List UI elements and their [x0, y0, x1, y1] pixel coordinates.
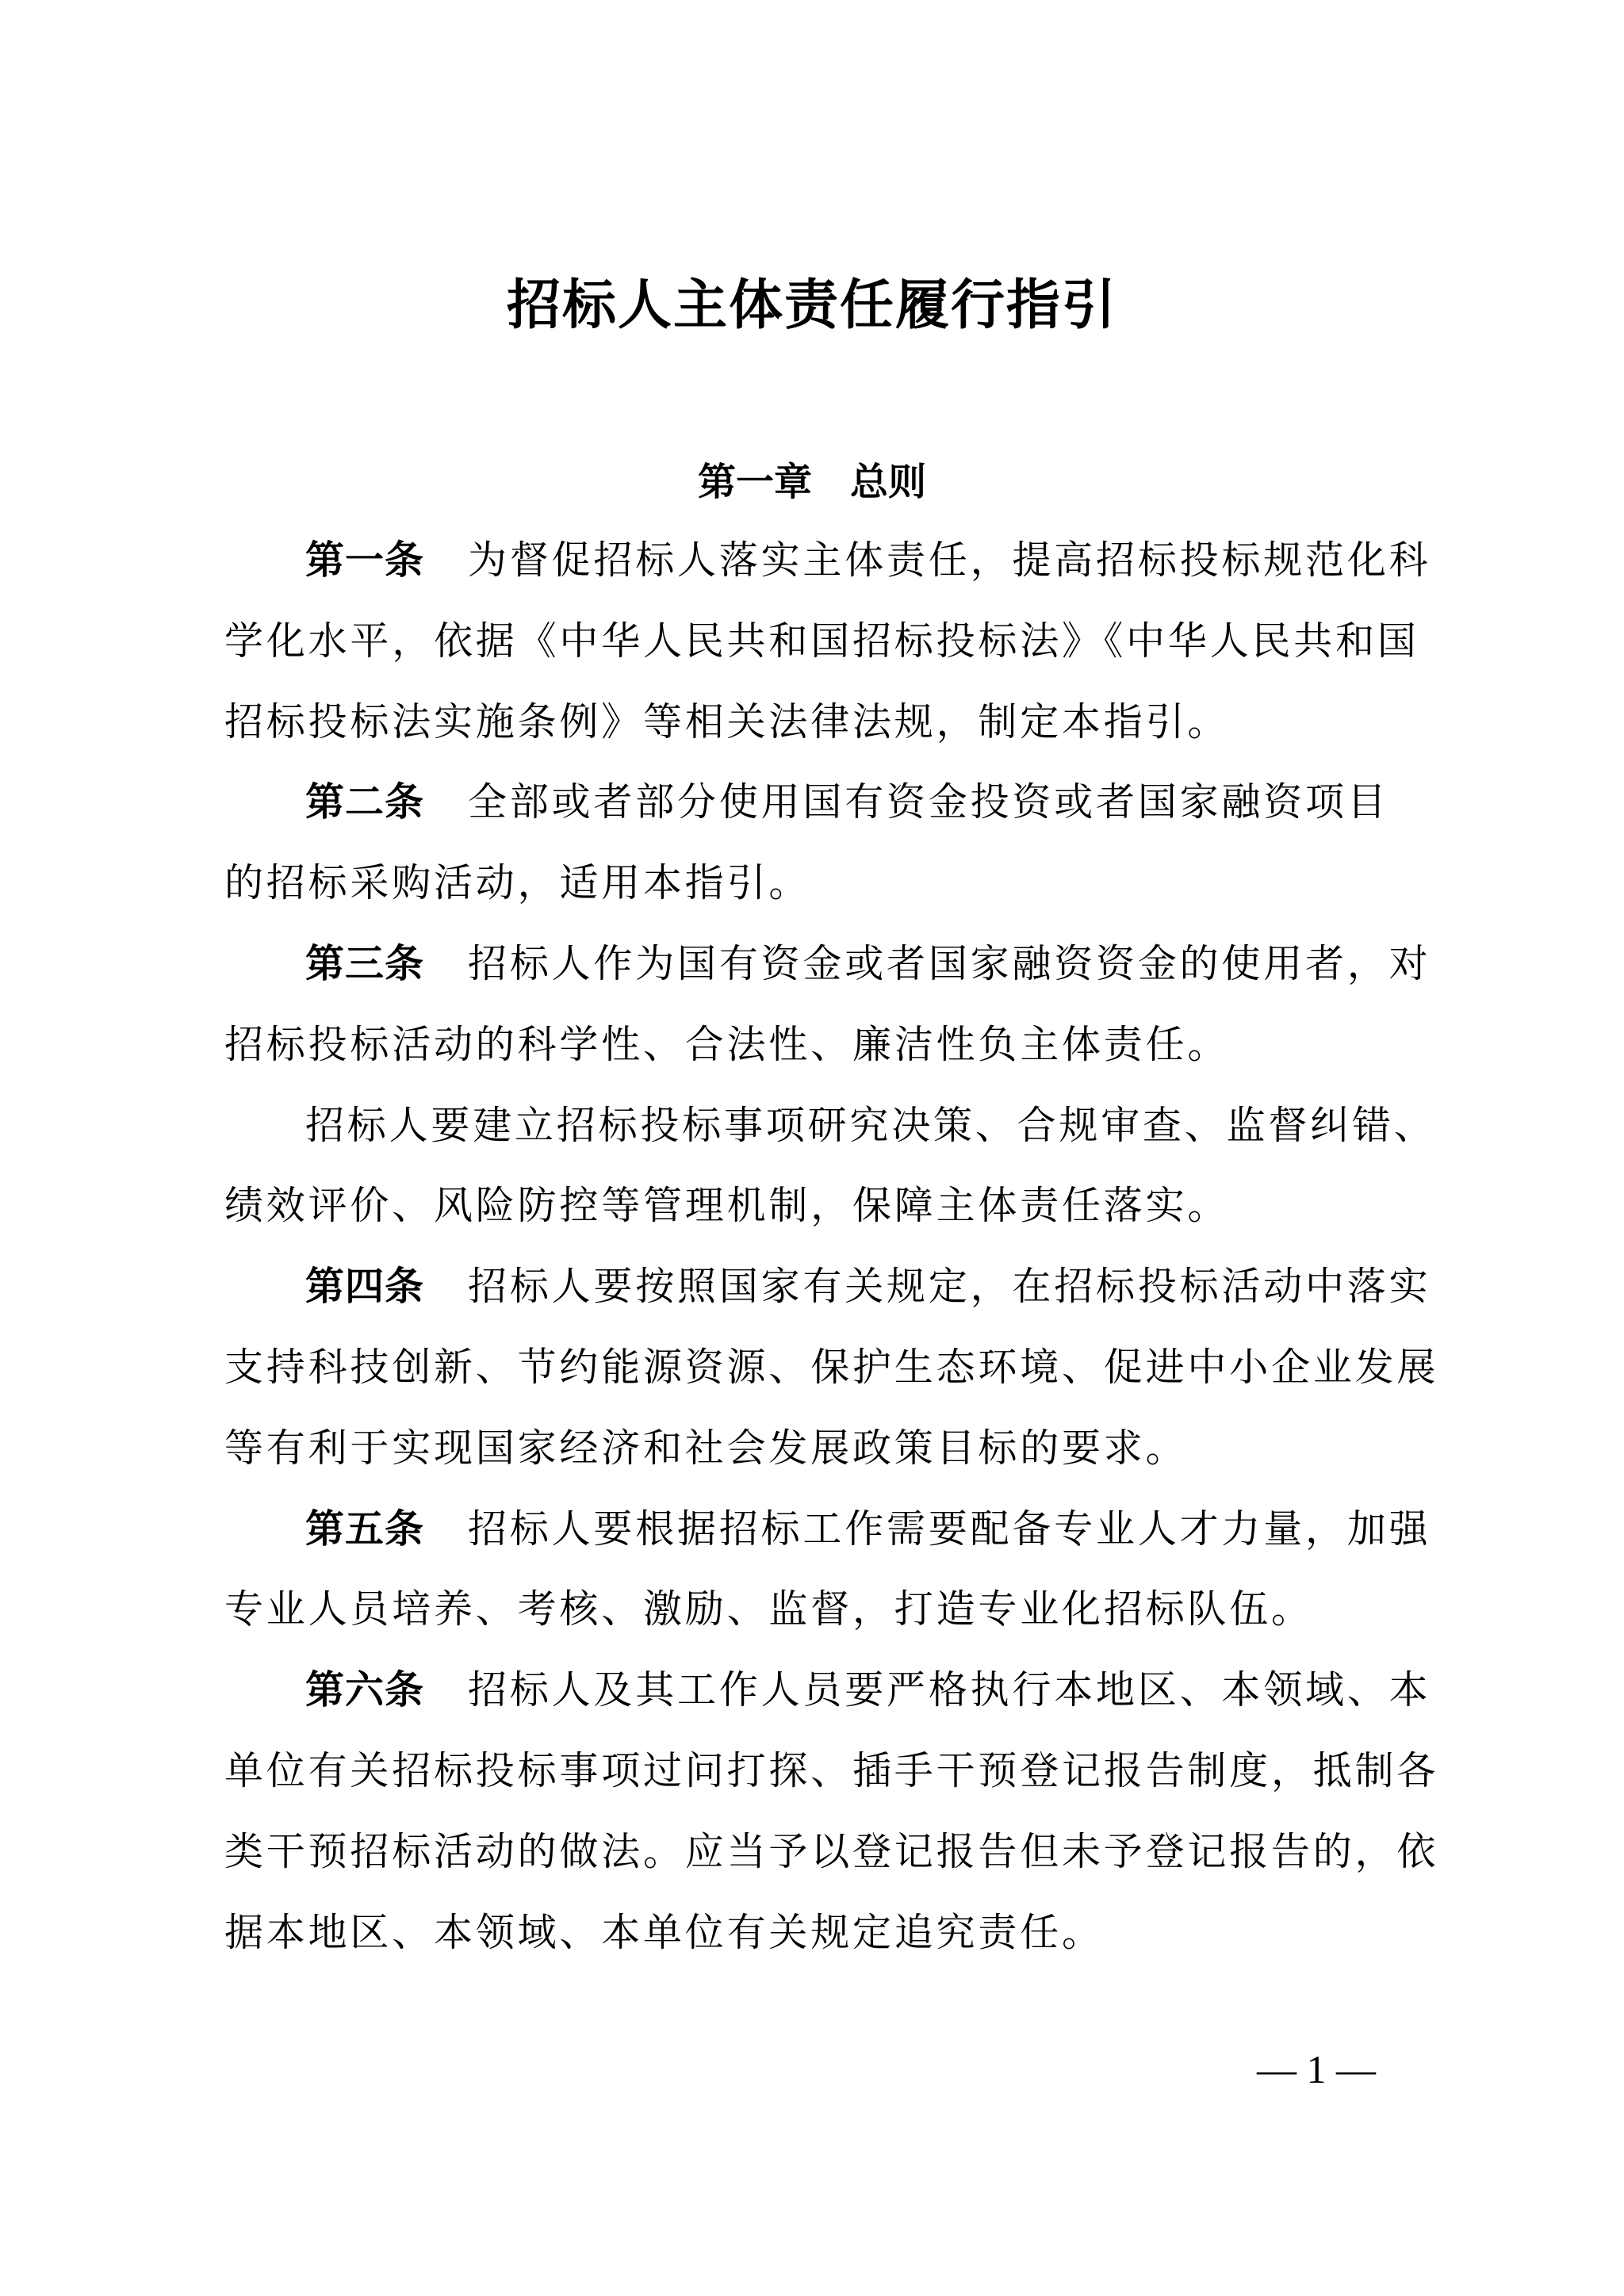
article-label: 第一条: [305, 538, 424, 583]
article-5-line-1: 第五条招标人要根据招标工作需要配备专业人才力量，加强: [224, 1502, 1400, 1582]
chapter-heading: 第一章 总则: [0, 458, 1624, 506]
article-1-line-2: 学化水平，依据《中华人民共和国招标投标法》《中华人民共和国: [224, 614, 1400, 695]
article-4-line-1: 第四条招标人要按照国家有关规定，在招标投标活动中落实: [224, 1259, 1400, 1340]
article-6-line-3: 类干预招标活动的做法。应当予以登记报告但未予登记报告的，依: [224, 1824, 1400, 1905]
article-2-line-1: 第二条全部或者部分使用国有资金投资或者国家融资项目: [224, 775, 1400, 855]
article-3-paragraph-2-line-2: 绩效评价、风险防控等管理机制，保障主体责任落实。: [224, 1178, 1400, 1259]
article-text: 招标人作为国有资金或者国家融资资金的使用者，对: [468, 941, 1431, 986]
article-text: 招标人及其工作人员要严格执行本地区、本领域、本: [468, 1667, 1431, 1712]
article-label: 第二条: [305, 779, 424, 825]
document-body: 第一条为督促招标人落实主体责任，提高招标投标规范化科 学化水平，依据《中华人民共…: [224, 533, 1400, 1985]
document-page: 招标人主体责任履行指引 第一章 总则 第一条为督促招标人落实主体责任，提高招标投…: [0, 0, 1624, 2296]
article-3-line-1: 第三条招标人作为国有资金或者国家融资资金的使用者，对: [224, 936, 1400, 1017]
article-5-line-2: 专业人员培养、考核、激励、监督，打造专业化招标队伍。: [224, 1582, 1400, 1663]
article-1-line-1: 第一条为督促招标人落实主体责任，提高招标投标规范化科: [224, 533, 1400, 614]
article-label: 第五条: [305, 1506, 424, 1552]
article-6-line-4: 据本地区、本领域、本单位有关规定追究责任。: [224, 1905, 1400, 1986]
article-3-line-2: 招标投标活动的科学性、合法性、廉洁性负主体责任。: [224, 1017, 1400, 1098]
article-4-line-3: 等有利于实现国家经济和社会发展政策目标的要求。: [224, 1421, 1400, 1502]
article-2-line-2: 的招标采购活动，适用本指引。: [224, 855, 1400, 936]
article-3-paragraph-2-line-1: 招标人要建立招标投标事项研究决策、合规审查、监督纠错、: [224, 1098, 1400, 1179]
page-number: — 1 —: [1237, 2045, 1396, 2093]
article-text: 全部或者部分使用国有资金投资或者国家融资项目: [468, 779, 1389, 825]
article-label: 第六条: [305, 1667, 424, 1712]
document-title: 招标人主体责任履行指引: [0, 270, 1624, 341]
article-label: 第三条: [305, 941, 424, 986]
article-4-line-2: 支持科技创新、节约能源资源、保护生态环境、促进中小企业发展: [224, 1340, 1400, 1421]
article-label: 第四条: [305, 1264, 424, 1309]
article-text: 招标人要根据招标工作需要配备专业人才力量，加强: [468, 1506, 1431, 1552]
article-text: 招标人要按照国家有关规定，在招标投标活动中落实: [468, 1264, 1431, 1309]
article-6-line-1: 第六条招标人及其工作人员要严格执行本地区、本领域、本: [224, 1663, 1400, 1743]
article-text: 为督促招标人落实主体责任，提高招标投标规范化科: [468, 538, 1431, 583]
article-1-line-3: 招标投标法实施条例》等相关法律法规，制定本指引。: [224, 695, 1400, 775]
article-6-line-2: 单位有关招标投标事项过问打探、插手干预登记报告制度，抵制各: [224, 1743, 1400, 1824]
